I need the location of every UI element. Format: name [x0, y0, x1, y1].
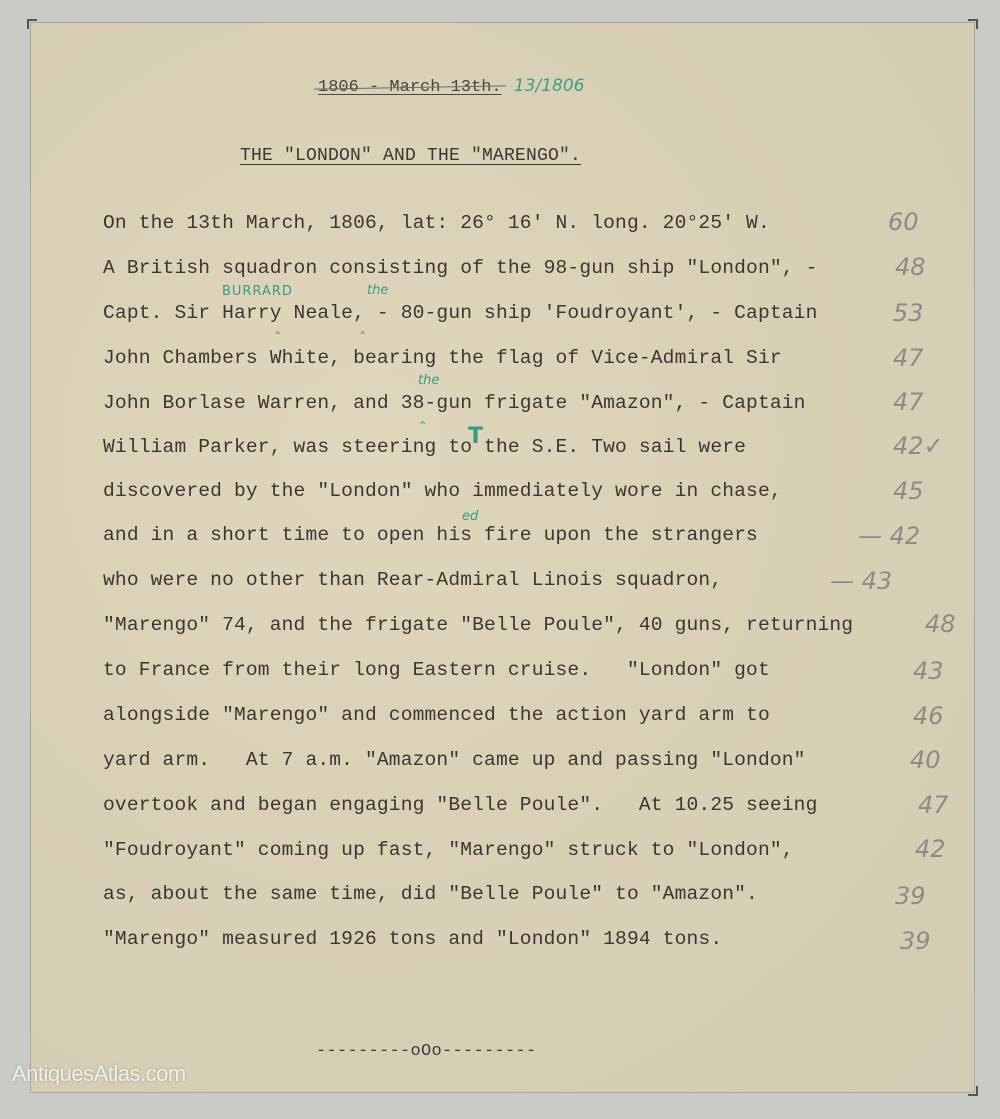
margin-line-count: 48 — [895, 253, 926, 281]
margin-line-count: — 43 — [830, 567, 892, 595]
text-line: A British squadron consisting of the 98-… — [103, 257, 818, 279]
insertion-caret-icon: ‸ — [420, 405, 425, 424]
document-title: THE "LONDON" AND THE "MARENGO". — [240, 146, 581, 166]
margin-line-count: 47 — [918, 791, 949, 819]
handwritten-insert-burrard: BURRARD — [222, 284, 293, 299]
text-line: discovered by the "London" who immediate… — [103, 480, 782, 502]
text-line: Capt. Sir Harry Neale, - 80-gun ship 'Fo… — [103, 302, 818, 324]
mount-corner-top-right — [968, 19, 978, 29]
watermark: AntiquesAtlas.com — [12, 1061, 186, 1087]
margin-line-count: 42✓ — [893, 432, 944, 460]
text-line: as, about the same time, did "Belle Poul… — [103, 883, 758, 905]
margin-line-count: 53 — [893, 299, 924, 327]
insertion-caret-icon: ‸ — [275, 315, 280, 334]
text-line: and in a short time to open his fire upo… — [103, 524, 758, 546]
text-line: "Foudroyant" coming up fast, "Marengo" s… — [103, 839, 794, 861]
insertion-caret-icon: ‸ — [360, 315, 365, 334]
margin-line-count: — 42 — [858, 522, 920, 550]
margin-line-count: 48 — [925, 610, 956, 638]
end-separator: ---------oOo--------- — [316, 1042, 537, 1061]
date-heading-handwritten-correction: 13/1806 — [514, 76, 585, 96]
margin-line-count: 47 — [893, 344, 924, 372]
handwritten-insert-the: the — [367, 283, 388, 298]
mount-corner-bottom-right — [968, 1086, 978, 1096]
text-line: to France from their long Eastern cruise… — [103, 659, 770, 681]
text-line: On the 13th March, 1806, lat: 26° 16' N.… — [103, 212, 770, 234]
margin-line-count: 42 — [915, 835, 946, 863]
mount-corner-top-left — [27, 19, 37, 29]
margin-line-count: 39 — [900, 927, 931, 955]
text-line: William Parker, was steering to the S.E.… — [103, 436, 746, 458]
handwritten-insert-ed: ed — [462, 509, 478, 524]
margin-line-count: 40 — [910, 746, 941, 774]
text-line: alongside "Marengo" and commenced the ac… — [103, 704, 770, 726]
margin-line-count: 43 — [913, 657, 944, 685]
text-line: overtook and began engaging "Belle Poule… — [103, 794, 818, 816]
margin-line-count: 45 — [893, 477, 924, 505]
text-line: John Chambers White, bearing the flag of… — [103, 347, 782, 369]
date-heading: 1806 - March 13th. 13/1806 — [318, 76, 584, 97]
text-line: John Borlase Warren, and 38-gun frigate … — [103, 392, 806, 414]
handwritten-correction-t: T — [468, 424, 483, 449]
margin-line-count: 60 — [888, 208, 919, 236]
text-line: "Marengo" measured 1926 tons and "London… — [103, 928, 722, 950]
text-line: yard arm. At 7 a.m. "Amazon" came up and… — [103, 749, 806, 771]
handwritten-insert-the: the — [418, 373, 439, 388]
margin-line-count: 46 — [913, 702, 944, 730]
margin-line-count: 39 — [895, 882, 926, 910]
date-heading-typed: 1806 - March 13th. — [318, 78, 502, 97]
text-line: who were no other than Rear-Admiral Lino… — [103, 569, 722, 591]
margin-line-count: 47 — [893, 388, 924, 416]
text-line: "Marengo" 74, and the frigate "Belle Pou… — [103, 614, 853, 636]
